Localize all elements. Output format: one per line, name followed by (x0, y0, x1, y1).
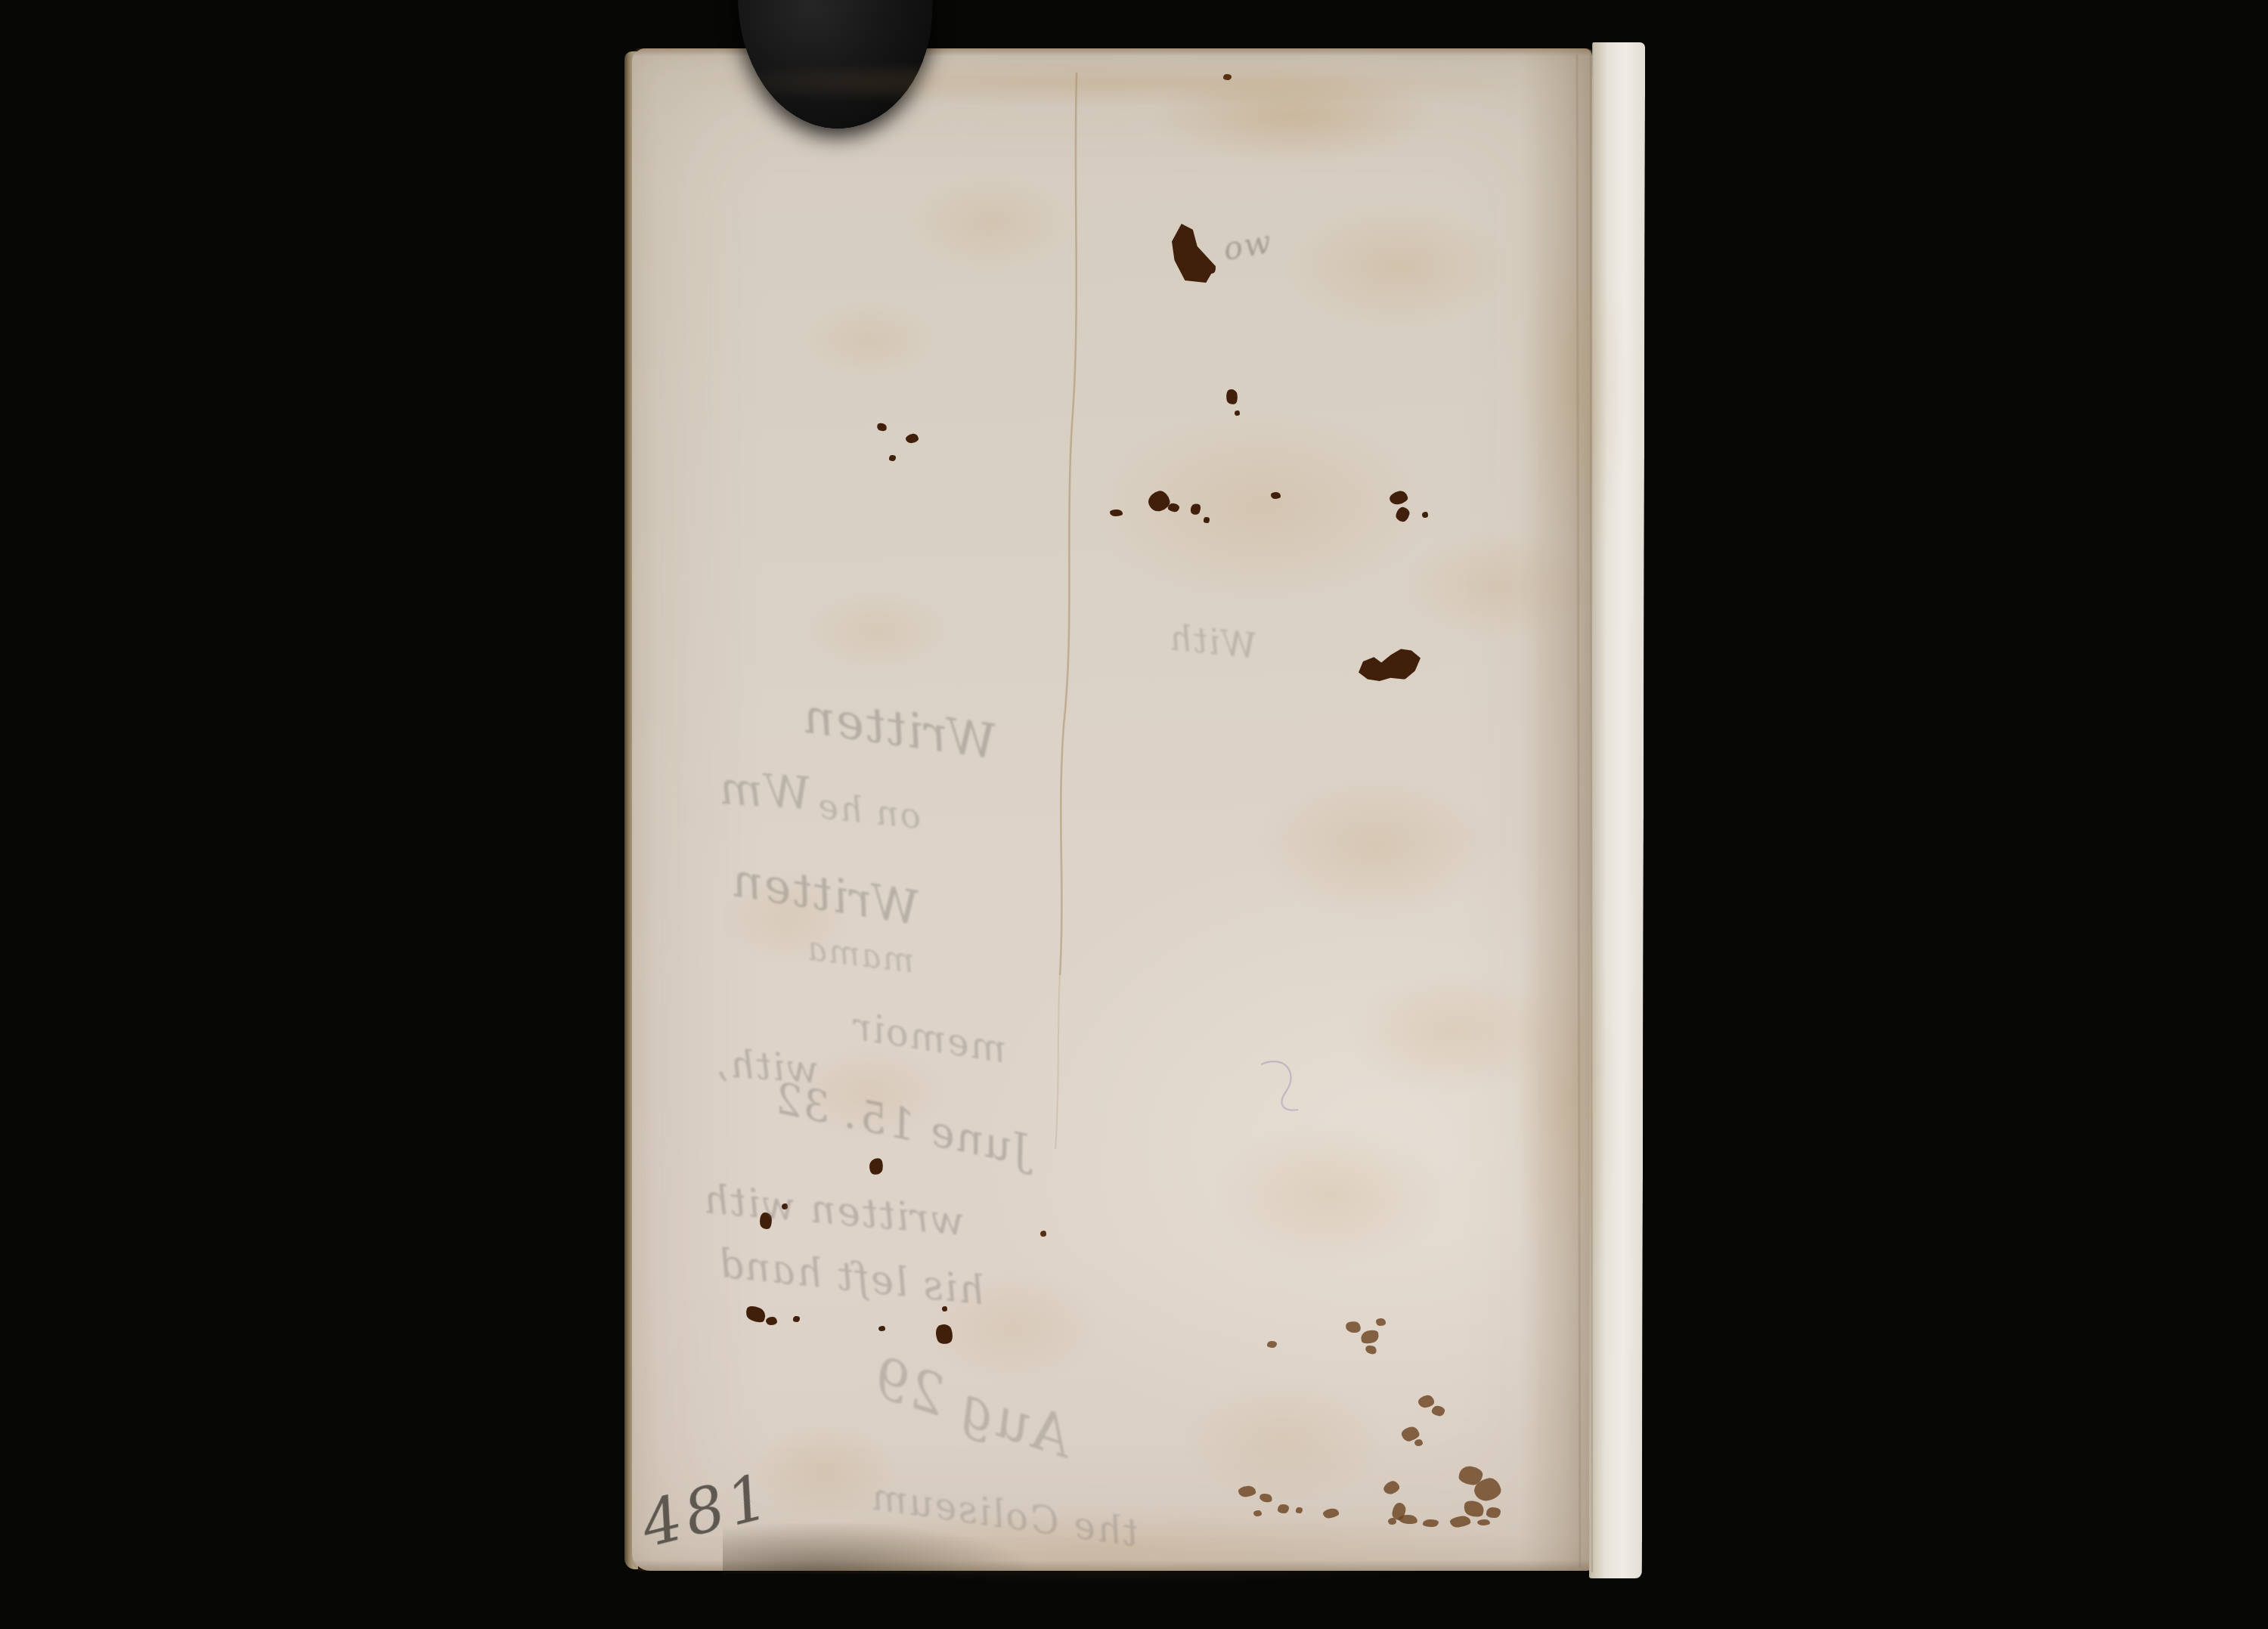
ink-spot (793, 1316, 800, 1322)
ink-spot (1235, 410, 1240, 416)
ink-spot (1477, 1519, 1490, 1525)
inscription: Wm (717, 762, 813, 821)
ink-spot (1271, 492, 1281, 499)
ink-spot (1423, 1519, 1439, 1527)
fore-edge-strip (1589, 42, 1645, 1578)
ink-spot (1296, 1507, 1303, 1513)
ink-spot (1376, 1318, 1386, 1326)
ink-spot (1253, 1510, 1262, 1516)
fore-edge-fold-shade (1520, 48, 1592, 1571)
ink-spot (1414, 1439, 1423, 1446)
ink-spot (1110, 509, 1123, 516)
photo-background: WithWrittenWmon heWrittenmamamemoirwith,… (0, 0, 2268, 1629)
ink-spot (1486, 1507, 1501, 1518)
ink-spot (1204, 517, 1210, 523)
ink-spot (1388, 1518, 1396, 1525)
ink-spot (766, 1317, 777, 1325)
ink-spot (1040, 1231, 1046, 1237)
ink-spot (1278, 1504, 1289, 1513)
ink-spot (878, 1326, 885, 1331)
ink-spot (889, 455, 896, 461)
ink-spot (1223, 74, 1232, 80)
ink-spot (1267, 1341, 1277, 1348)
ink-spot (1422, 512, 1428, 518)
